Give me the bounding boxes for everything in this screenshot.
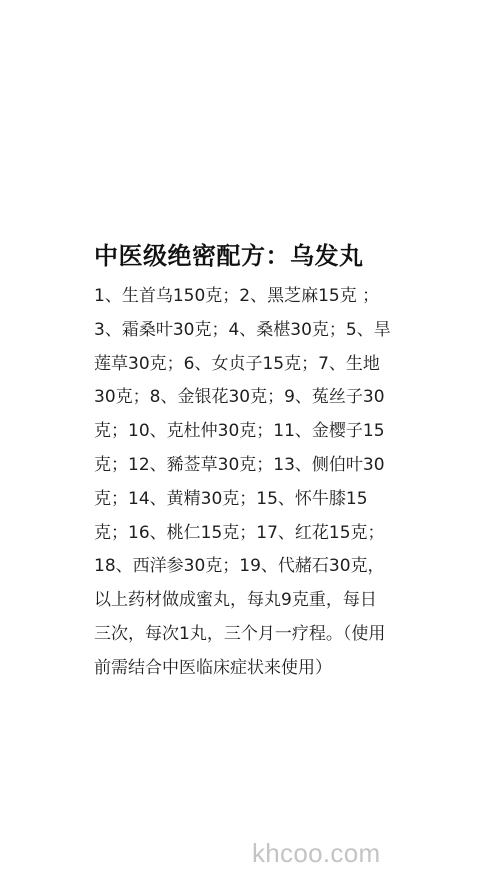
- body-line: 1、生首乌150克；2、黑芝麻15克 ；: [94, 280, 414, 314]
- body-line: 三次，每次1丸，三个月一疗程。（使用: [94, 618, 414, 652]
- body-line: 克；10、克杜仲30克；11、金樱子15: [94, 415, 414, 449]
- body-line: 克；12、豨莶草30克；13、侧伯叶30: [94, 449, 414, 483]
- recipe-document: 中医级绝密配方：乌发丸 1、生首乌150克；2、黑芝麻15克 ； 3、霜桑叶30…: [94, 236, 414, 686]
- watermark: khcoo.com: [252, 838, 380, 869]
- document-title: 中医级绝密配方：乌发丸: [94, 236, 414, 276]
- body-line: 以上药材做成蜜丸，每丸9克重，每日: [94, 584, 414, 618]
- body-line: 克；14、黄精30克；15、怀牛膝15: [94, 483, 414, 517]
- body-line: 莲草30克；6、女贞子15克；7、生地: [94, 348, 414, 382]
- document-body: 1、生首乌150克；2、黑芝麻15克 ； 3、霜桑叶30克；4、桑椹30克；5、…: [94, 280, 414, 686]
- body-line: 前需结合中医临床症状来使用）: [94, 652, 414, 686]
- body-line: 克；16、桃仁15克；17、红花15克；: [94, 517, 414, 551]
- body-line: 30克；8、金银花30克；9、菟丝子30: [94, 381, 414, 415]
- body-line: 3、霜桑叶30克；4、桑椹30克；5、旱: [94, 314, 414, 348]
- body-line: 18、西洋参30克；19、代赭石30克，: [94, 550, 414, 584]
